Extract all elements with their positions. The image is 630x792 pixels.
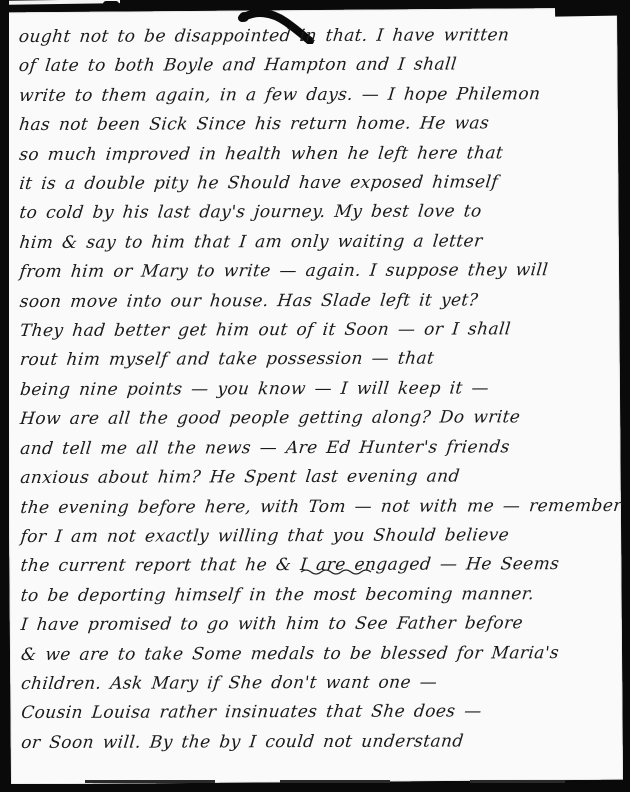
- scanned-letter-page: ought not to be disappointed in that. I …: [0, 0, 630, 792]
- letter-line: has not been Sick Since his return home.…: [18, 109, 606, 140]
- letter-line: him & say to him that I am only waiting …: [18, 227, 606, 258]
- letter-line: for I am not exactly willing that you Sh…: [19, 521, 607, 552]
- letter-line: How are all the good people getting alon…: [19, 403, 607, 434]
- letter-body: ought not to be disappointed in that. I …: [19, 21, 607, 758]
- letter-line: anxious about him? He Spent last evening…: [19, 462, 607, 493]
- letter-line: rout him myself and take possession — th…: [18, 344, 606, 375]
- scan-border-bottom: [0, 784, 630, 792]
- letter-line: of late to both Boyle and Hampton and I …: [17, 50, 605, 81]
- letter-line: I have promised to go with him to See Fa…: [19, 609, 607, 640]
- letter-line: & we are to take Some medals to be bless…: [19, 639, 607, 670]
- scan-artifact-dash: [280, 780, 390, 783]
- letter-line: write to them again, in a few days. — I …: [17, 80, 605, 111]
- scan-artifact-blob: [103, 1, 119, 8]
- letter-line: so much improved in health when he left …: [18, 139, 606, 170]
- letter-line: Cousin Louisa rather insinuates that She…: [20, 697, 608, 728]
- wavy-underline-mark: [300, 568, 378, 575]
- letter-line: soon move into our house. Has Slade left…: [18, 286, 606, 317]
- scan-artifact-dash: [85, 780, 215, 783]
- letter-line: to cold by his last day's journey. My be…: [18, 197, 606, 228]
- scan-border-right: [623, 0, 630, 792]
- letter-line: it is a double pity he Should have expos…: [18, 168, 606, 199]
- letter-line: They had better get him out of it Soon —…: [18, 315, 606, 346]
- letter-line: being nine points — you know — I will ke…: [19, 374, 607, 405]
- letter-line: and tell me all the news — Are Ed Hunter…: [19, 433, 607, 464]
- scan-artifact-dash: [470, 780, 565, 783]
- letter-line: ought not to be disappointed in that. I …: [17, 21, 605, 52]
- scan-border-top-right: [555, 0, 630, 17]
- letter-line: or Soon will. By the by I could not unde…: [20, 727, 608, 758]
- letter-line: children. Ask Mary if She don't want one…: [20, 668, 608, 699]
- letter-line: from him or Mary to write — again. I sup…: [18, 256, 606, 287]
- scan-border-left: [0, 0, 9, 792]
- letter-line: the evening before here, with Tom — not …: [19, 491, 607, 522]
- letter-line: to be deporting himself in the most beco…: [19, 580, 607, 611]
- letter-line: the current report that he & I are engag…: [19, 550, 607, 581]
